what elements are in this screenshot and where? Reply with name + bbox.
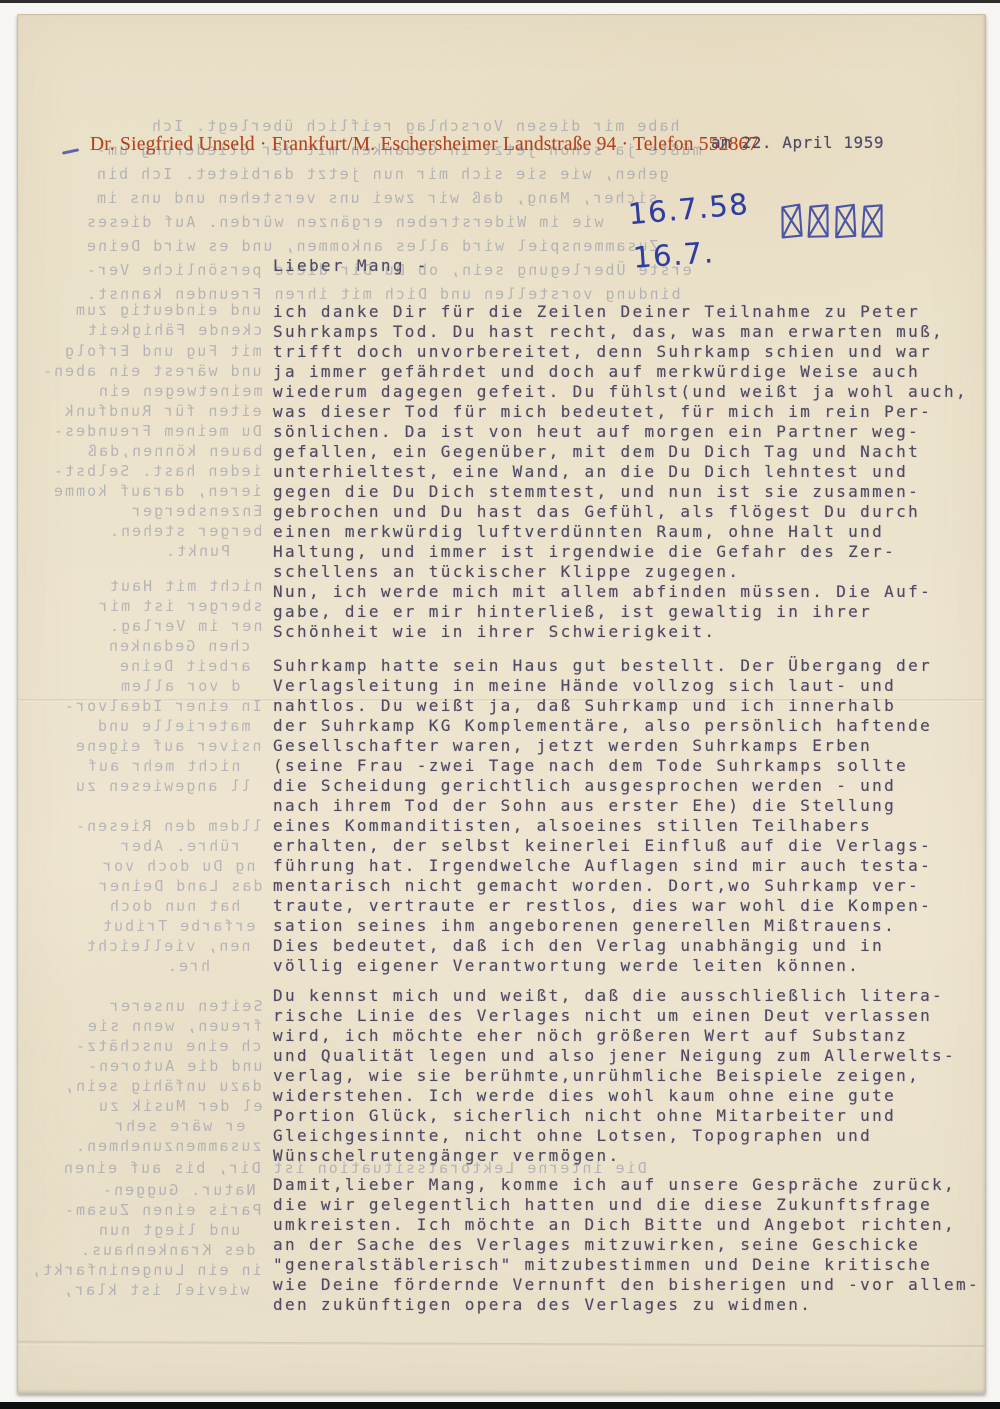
typewritten-line: widerstehen. Ich werde dies wohl kaum oh… (273, 1086, 997, 1106)
typewritten-line: Damit,lieber Mang, komme ich auf unsere … (273, 1175, 997, 1195)
paragraph-1: ich danke Dir für die Zeilen Deiner Teil… (273, 302, 997, 642)
paragraph-3: Du kennst mich und weißt, daß die aussch… (273, 986, 997, 1166)
typewritten-line: eines Kommanditisten, alsoeines stillen … (273, 816, 997, 836)
typewritten-line: und Qualität legen und also jener Neigun… (273, 1046, 997, 1066)
typewritten-line: was dieser Tod für mich bedeutet, für mi… (273, 402, 997, 422)
salutation: Lieber Mang - (273, 256, 429, 276)
typewritten-line: erhalten, der selbst keinerlei Einfluß a… (273, 836, 997, 856)
scanned-letter-page: habe mir diesen Vorschlag reiflich überl… (0, 0, 1000, 1409)
typewritten-line: (seine Frau -zwei Tage nach dem Tode Suh… (273, 756, 997, 776)
typewritten-line: Du kennst mich und weißt, daß die aussch… (273, 986, 997, 1006)
scan-edge-bottom (0, 1402, 1000, 1409)
typewritten-line: wird, ich möchte eher nöch größeren Wert… (273, 1026, 997, 1046)
crossed-box-icon (859, 202, 885, 241)
typewritten-line: nahtlos. Du weißt ja, daß Suhrkamp und i… (273, 696, 997, 716)
paragraph-2: Suhrkamp hatte sein Haus gut bestellt. D… (273, 656, 997, 976)
typewritten-line: unterhieltest, eine Wand, an die Du Dich… (273, 462, 997, 482)
typewritten-line: sönlichen. Da ist von heut auf morgen ei… (273, 422, 997, 442)
typewritten-line: nach ihrem Tod der Sohn aus erster Ehe) … (273, 796, 997, 816)
typewritten-line: sation seines ihm angeborenen generellen… (273, 916, 997, 936)
typewritten-line: verlag, wie sie berühmte,unrühmliche Bei… (273, 1066, 997, 1086)
typewritten-line: Gleichgesinnte, nicht ohne Lotsen, Topog… (273, 1126, 997, 1146)
crossed-box-icon (833, 202, 859, 240)
typewritten-line: Verlagsleitung in meine Hände vollzog si… (273, 676, 997, 696)
fold-crease-lower (18, 1341, 985, 1349)
typewritten-line: rische Linie des Verlages nicht um einen… (273, 1006, 997, 1026)
typewritten-line: gabe, die er mir hinterließ, ist gewalti… (273, 602, 997, 622)
date-line: am 22. April 1959 (711, 133, 884, 153)
typewritten-line: gegen die Du Dich stemmtest, und nun ist… (273, 482, 997, 502)
typewritten-line: "generalstäblerisch" mitzubestimmen und … (273, 1255, 997, 1275)
typewritten-line: führung hat. Irgendwelche Auflagen sind … (273, 856, 997, 876)
typewritten-line: der Suhrkamp KG Komplementäre, also pers… (273, 716, 997, 736)
typewritten-line: Nun, ich werde mich mit allem abfinden m… (273, 582, 997, 602)
typewritten-line: völlig eigener Verantwortung werde leite… (273, 956, 997, 976)
typewritten-line: Haltung, und immer ist irgendwie die Gef… (273, 542, 997, 562)
typewritten-line: schellens an tückischer Klippe zugegen. (273, 562, 997, 582)
typewritten-line: gefallen, ein Gegenüber, mit dem Du Dich… (273, 442, 997, 462)
typewritten-line: Suhrkamps Tod. Du hast recht, das, was m… (273, 322, 997, 342)
typewritten-line: Suhrkamp hatte sein Haus gut bestellt. D… (273, 656, 997, 676)
typewritten-line: ja immer gefährdet und doch auf merkwürd… (273, 362, 997, 382)
typewritten-line: Dies bedeutet, daß ich den Verlag unabhä… (273, 936, 997, 956)
crossed-boxes-group (779, 202, 885, 240)
typewritten-line: wiederum dagegen gefeit. Du fühlst(und w… (273, 382, 997, 402)
typewritten-line: an der Sache des Verlages mitzuwirken, s… (273, 1235, 997, 1255)
typewritten-line: umkreisten. Ich möchte an Dich Bitte und… (273, 1215, 997, 1235)
typewritten-line: die Scheidung gerichtlich ausgesprochen … (273, 776, 997, 796)
typewritten-line: gebrochen und Du hast das Gefühl, als fl… (273, 502, 997, 522)
handwritten-date-note-2: 16.7. (632, 235, 715, 275)
typewritten-line: mentarisch nicht gemacht worden. Dort,wo… (273, 876, 997, 896)
typewritten-line: wie Deine fördernde Vernunft den bisheri… (273, 1275, 997, 1295)
paragraph-4: Damit,lieber Mang, komme ich auf unsere … (273, 1175, 997, 1315)
typewritten-line: trifft doch unvorbereitet, denn Suhrkamp… (273, 342, 997, 362)
typewritten-line: Wünschelrutengänger vermögen. (273, 1146, 997, 1166)
typewritten-line: den zukünftigen opera des Verlages zu wi… (273, 1295, 997, 1315)
typewritten-line: Portion Glück, sicherlich nicht ohne Mit… (273, 1106, 997, 1126)
typewritten-line: einen merkwürdig luftverdünnten Raum, oh… (273, 522, 997, 542)
typewritten-line: traute, vertraute er restlos, dies war w… (273, 896, 997, 916)
typewritten-line: die wir gelegentlich hatten und die dies… (273, 1195, 997, 1215)
typewritten-line: ich danke Dir für die Zeilen Deiner Teil… (273, 302, 997, 322)
letterhead-text: Dr. Siegfried Unseld · Frankfurt/M. Esch… (90, 134, 758, 156)
crossed-box-icon (778, 201, 805, 240)
crossed-box-icon (806, 202, 832, 241)
typewritten-line: Gesellschafter waren, jetzt werden Suhrk… (273, 736, 997, 756)
typewritten-line: Schönheit wie in ihrer Schwierigkeit. (273, 622, 997, 642)
scan-edge-top (0, 0, 1000, 3)
